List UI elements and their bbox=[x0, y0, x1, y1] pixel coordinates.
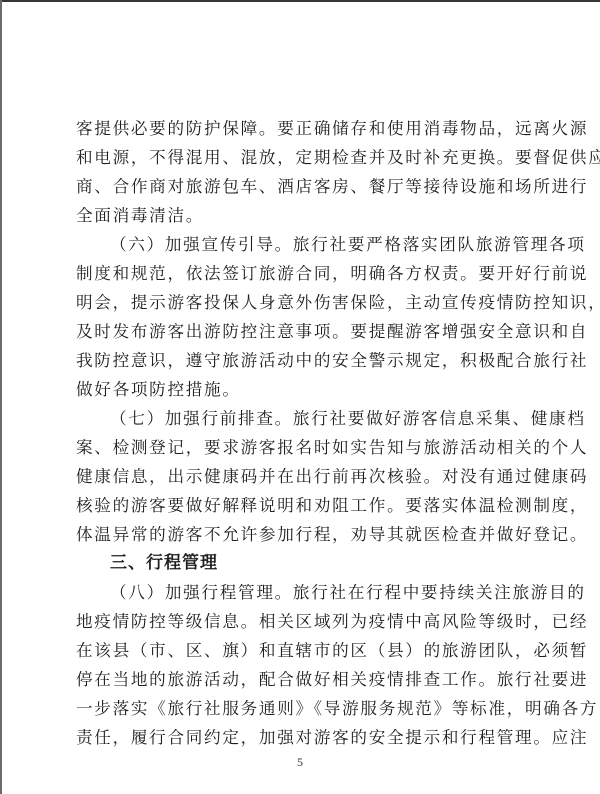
text-line: 核验的游客要做好解释说明和劝阻工作。要落实体温检测制度， bbox=[76, 491, 518, 520]
scan-border-top bbox=[0, 0, 600, 2]
text-line: 做好各项防控措施。 bbox=[76, 375, 518, 404]
text-line: （八）加强行程管理。旅行社在行程中要持续关注旅游目的 bbox=[76, 578, 518, 607]
text-line: （六）加强宣传引导。旅行社要严格落实团队旅游管理各项 bbox=[76, 230, 518, 259]
section-heading: 三、行程管理 bbox=[76, 549, 518, 578]
text-line: 在该县（市、区、旗）和直辖市的区（县）的旅游团队，必须暂 bbox=[76, 636, 518, 665]
text-line: 和电源，不得混用、混放，定期检查并及时补充更换。要督促供应 bbox=[76, 143, 518, 172]
document-body: 客提供必要的防护保障。要正确储存和使用消毒物品，远离火源 和电源，不得混用、混放… bbox=[76, 114, 518, 752]
text-line: 及时发布游客出游防控注意事项。要提醒游客增强安全意识和自 bbox=[76, 317, 518, 346]
text-line: 停在当地的旅游活动，配合做好相关疫情排查工作。旅行社要进 bbox=[76, 665, 518, 694]
paragraph-6-publicity-guidance: （六）加强宣传引导。旅行社要严格落实团队旅游管理各项 制度和规范，依法签订旅游合… bbox=[76, 230, 518, 404]
text-line: 商、合作商对旅游包车、酒店客房、餐厅等接待设施和场所进行 bbox=[76, 172, 518, 201]
text-line: 全面消毒清洁。 bbox=[76, 201, 518, 230]
text-line: 体温异常的游客不允许参加行程，劝导其就医检查并做好登记。 bbox=[76, 520, 518, 549]
text-line: （七）加强行前排查。旅行社要做好游客信息采集、健康档 bbox=[76, 404, 518, 433]
text-line: 一步落实《旅行社服务通则》《导游服务规范》等标准，明确各方 bbox=[76, 694, 518, 723]
text-line: 我防控意识，遵守旅游活动中的安全警示规定，积极配合旅行社 bbox=[76, 346, 518, 375]
paragraph-8-itinerary-management: （八）加强行程管理。旅行社在行程中要持续关注旅游目的 地疫情防控等级信息。相关区… bbox=[76, 578, 518, 752]
paragraph-continued: 客提供必要的防护保障。要正确储存和使用消毒物品，远离火源 和电源，不得混用、混放… bbox=[76, 114, 518, 230]
text-line: 责任，履行合同约定，加强对游客的安全提示和行程管理。应注 bbox=[76, 723, 518, 752]
text-line: 明会，提示游客投保人身意外伤害保险，主动宣传疫情防控知识， bbox=[76, 288, 518, 317]
scan-border-left bbox=[0, 0, 2, 794]
paragraph-7-pretrip-screening: （七）加强行前排查。旅行社要做好游客信息采集、健康档 案、检测登记，要求游客报名… bbox=[76, 404, 518, 549]
text-line: 案、检测登记，要求游客报名时如实告知与旅游活动相关的个人 bbox=[76, 433, 518, 462]
text-line: 健康信息，出示健康码并在出行前再次核验。对没有通过健康码 bbox=[76, 462, 518, 491]
text-line: 制度和规范，依法签订旅游合同，明确各方权责。要开好行前说 bbox=[76, 259, 518, 288]
text-line: 地疫情防控等级信息。相关区域列为疫情中高风险等级时，已经 bbox=[76, 607, 518, 636]
text-line: 客提供必要的防护保障。要正确储存和使用消毒物品，远离火源 bbox=[76, 114, 518, 143]
page-number: 5 bbox=[293, 755, 307, 770]
